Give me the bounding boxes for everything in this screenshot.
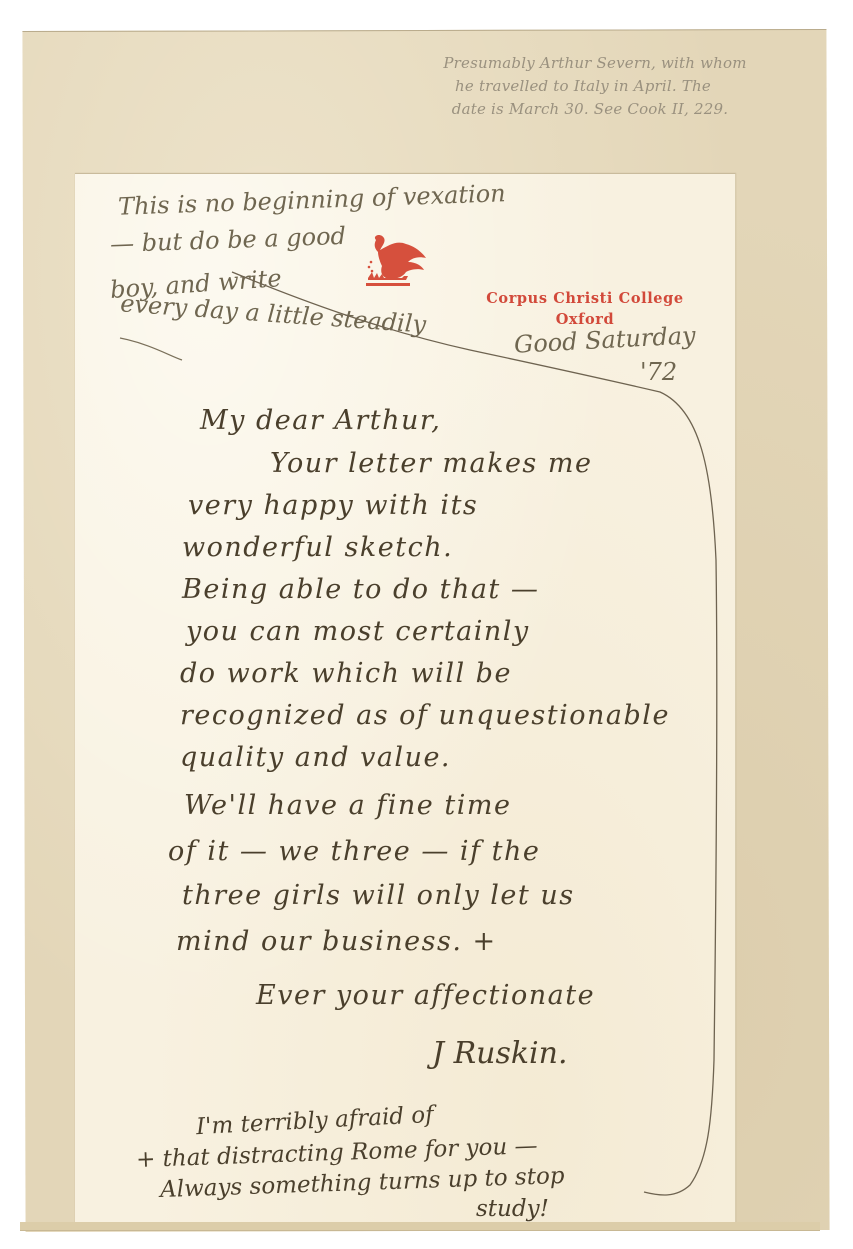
body-line: quality and value. [180, 742, 451, 773]
body-line: mind our business. + [176, 926, 497, 957]
archival-pencil-annotation: Presumably Arthur Severn, with whom he t… [370, 52, 820, 121]
body-line: three girls will only let us [182, 880, 575, 911]
signature: J Ruskin. [432, 1036, 568, 1071]
body-line: you can most certainly [186, 616, 530, 647]
salutation: My dear Arthur, [200, 405, 441, 436]
annotation-line: Presumably Arthur Severn, with whom [370, 52, 820, 75]
annotation-line: date is March 30. See Cook II, 229. [360, 98, 820, 121]
body-line: wonderful sketch. [182, 532, 453, 563]
letter-date-year: '72 [640, 358, 677, 386]
annotation-line: he travelled to Italy in April. The [346, 75, 820, 98]
body-line: recognized as of unquestionable [180, 700, 670, 731]
body-line: Your letter makes me [270, 448, 592, 479]
body-line: We'll have a fine time [184, 790, 511, 821]
mount-bottom-edge [20, 1222, 820, 1231]
pelican-crest-icon [362, 232, 430, 296]
letterhead-college: Corpus Christi College [470, 290, 700, 307]
body-line: very happy with its [188, 490, 478, 521]
body-line: do work which will be [180, 658, 512, 689]
postscript-line: study! [476, 1196, 549, 1222]
body-line: of it — we three — if the [168, 836, 540, 867]
closing: Ever your affectionate [256, 980, 595, 1011]
body-line: Being able to do that — [182, 574, 539, 605]
